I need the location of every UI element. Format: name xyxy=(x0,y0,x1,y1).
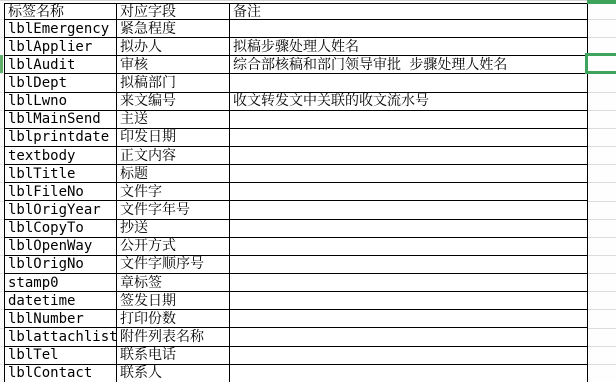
cell-field[interactable]: 拟稿部门 xyxy=(117,74,230,92)
cell-note[interactable]: 综合部核稿和部门领导审批 步骤处理人姓名 xyxy=(230,56,588,74)
gridline xyxy=(588,37,616,38)
cell-field[interactable]: 标题 xyxy=(117,165,230,183)
cell-note[interactable] xyxy=(230,365,588,382)
table-row: lblContact联系人 xyxy=(5,365,588,382)
cell-note[interactable] xyxy=(230,292,588,310)
cell-field[interactable]: 印发日期 xyxy=(117,129,230,147)
gridline xyxy=(588,92,616,93)
cell-field[interactable]: 紧急程度 xyxy=(117,20,230,38)
cell-note[interactable] xyxy=(230,129,588,147)
gridline xyxy=(588,273,616,274)
cell-label-name[interactable]: datetime xyxy=(5,292,117,310)
table-row: textbody正文内容 xyxy=(5,147,588,165)
header-row: 标签名称 对应字段 备注 xyxy=(5,4,588,20)
cell-label-name[interactable]: lblFileNo xyxy=(5,183,117,201)
table-row: lblMainSend主送 xyxy=(5,111,588,129)
cell-field[interactable]: 签发日期 xyxy=(117,292,230,310)
cell-note[interactable] xyxy=(230,310,588,328)
gridline xyxy=(588,328,616,329)
cell-note[interactable] xyxy=(230,256,588,274)
cell-field[interactable]: 公开方式 xyxy=(117,238,230,256)
table-row: lblOpenWay公开方式 xyxy=(5,238,588,256)
table-row: lblprintdate印发日期 xyxy=(5,129,588,147)
cell-label-name[interactable]: lblattachlist xyxy=(5,328,117,346)
gridline xyxy=(588,219,616,220)
cell-field[interactable]: 打印份数 xyxy=(117,310,230,328)
cell-label-name[interactable]: lblprintdate xyxy=(5,129,117,147)
gridline xyxy=(588,237,616,238)
column-header-label-name[interactable]: 标签名称 xyxy=(5,4,117,20)
table-row: lblTitle标题 xyxy=(5,165,588,183)
cell-field[interactable]: 拟办人 xyxy=(117,38,230,56)
gridline xyxy=(588,364,616,365)
cell-note[interactable] xyxy=(230,274,588,292)
table-row: lblTel联系电话 xyxy=(5,347,588,365)
cell-field[interactable]: 文件字年号 xyxy=(117,201,230,219)
cell-label-name[interactable]: lblContact xyxy=(5,365,117,382)
cell-label-name[interactable]: lblMainSend xyxy=(5,111,117,129)
gridline xyxy=(588,128,616,129)
cell-field[interactable]: 审核 xyxy=(117,56,230,74)
cell-note[interactable] xyxy=(230,147,588,165)
top-gridline xyxy=(0,0,616,1)
column-header-field[interactable]: 对应字段 xyxy=(117,4,230,20)
cell-label-name[interactable]: lblEmergency xyxy=(5,20,117,38)
gridline xyxy=(588,146,616,147)
cell-note[interactable] xyxy=(230,238,588,256)
cell-note[interactable] xyxy=(230,183,588,201)
cell-field[interactable]: 抄送 xyxy=(117,220,230,238)
cell-note[interactable]: 收文转发文中关联的收文流水号 xyxy=(230,93,588,111)
cell-note[interactable] xyxy=(230,201,588,219)
gridline xyxy=(588,110,616,111)
cell-note[interactable] xyxy=(230,20,588,38)
gridline xyxy=(588,201,616,202)
gridline xyxy=(588,164,616,165)
table-row: lblNumber打印份数 xyxy=(5,310,588,328)
table-row: lblEmergency紧急程度 xyxy=(5,20,588,38)
gridline xyxy=(588,309,616,310)
table-row: lblCopyTo抄送 xyxy=(5,220,588,238)
cell-field[interactable]: 附件列表名称 xyxy=(117,328,230,346)
selected-row-indicator xyxy=(0,55,3,73)
gridline xyxy=(588,19,616,20)
selected-column-indicator xyxy=(587,0,616,4)
spreadsheet-view: 标签名称 对应字段 备注 lblEmergency紧急程度lblApplier拟… xyxy=(0,0,616,382)
cell-label-name[interactable]: lblApplier xyxy=(5,38,117,56)
cell-label-name[interactable]: textbody xyxy=(5,147,117,165)
cell-note[interactable] xyxy=(230,165,588,183)
table-row: lblFileNo文件字 xyxy=(5,183,588,201)
column-header-note[interactable]: 备注 xyxy=(230,4,588,20)
cell-field[interactable]: 章标签 xyxy=(117,274,230,292)
cell-field[interactable]: 联系电话 xyxy=(117,347,230,365)
selected-cell-outline xyxy=(585,53,616,74)
cell-label-name[interactable]: lblOrigYear xyxy=(5,201,117,219)
table-row: lblApplier拟办人拟稿步骤处理人姓名 xyxy=(5,38,588,56)
cell-label-name[interactable]: lblTel xyxy=(5,347,117,365)
cell-label-name[interactable]: lblAudit xyxy=(5,56,117,74)
label-field-table: 标签名称 对应字段 备注 lblEmergency紧急程度lblApplier拟… xyxy=(4,3,588,382)
cell-label-name[interactable]: lblOrigNo xyxy=(5,256,117,274)
cell-note[interactable] xyxy=(230,347,588,365)
table-row: lblOrigNo文件字顺序号 xyxy=(5,256,588,274)
cell-note[interactable] xyxy=(230,328,588,346)
cell-field[interactable]: 文件字 xyxy=(117,183,230,201)
cell-field[interactable]: 联系人 xyxy=(117,365,230,382)
table-row: datetime签发日期 xyxy=(5,292,588,310)
table-row: lblattachlist附件列表名称 xyxy=(5,328,588,346)
cell-label-name[interactable]: lblCopyTo xyxy=(5,220,117,238)
table-row: stamp0章标签 xyxy=(5,274,588,292)
cell-note[interactable]: 拟稿步骤处理人姓名 xyxy=(230,38,588,56)
cell-field[interactable]: 来文编号 xyxy=(117,93,230,111)
table-row: lblLwno来文编号收文转发文中关联的收文流水号 xyxy=(5,93,588,111)
gridline xyxy=(588,182,616,183)
cell-label-name[interactable]: lblOpenWay xyxy=(5,238,117,256)
table-row: lblOrigYear文件字年号 xyxy=(5,201,588,219)
cell-label-name[interactable]: lblTitle xyxy=(5,165,117,183)
cell-label-name[interactable]: lblDept xyxy=(5,74,117,92)
cell-field[interactable]: 文件字顺序号 xyxy=(117,256,230,274)
cell-label-name[interactable]: lblNumber xyxy=(5,310,117,328)
cell-field[interactable]: 主送 xyxy=(117,111,230,129)
gridline xyxy=(588,346,616,347)
cell-note[interactable] xyxy=(230,111,588,129)
table-row: lblAudit审核综合部核稿和部门领导审批 步骤处理人姓名 xyxy=(5,56,588,74)
cell-label-name[interactable]: lblLwno xyxy=(5,93,117,111)
gridline xyxy=(588,255,616,256)
cell-note[interactable] xyxy=(230,220,588,238)
cell-field[interactable]: 正文内容 xyxy=(117,147,230,165)
table-row: lblDept拟稿部门 xyxy=(5,74,588,92)
gridline xyxy=(588,291,616,292)
cell-label-name[interactable]: stamp0 xyxy=(5,274,117,292)
cell-note[interactable] xyxy=(230,74,588,92)
